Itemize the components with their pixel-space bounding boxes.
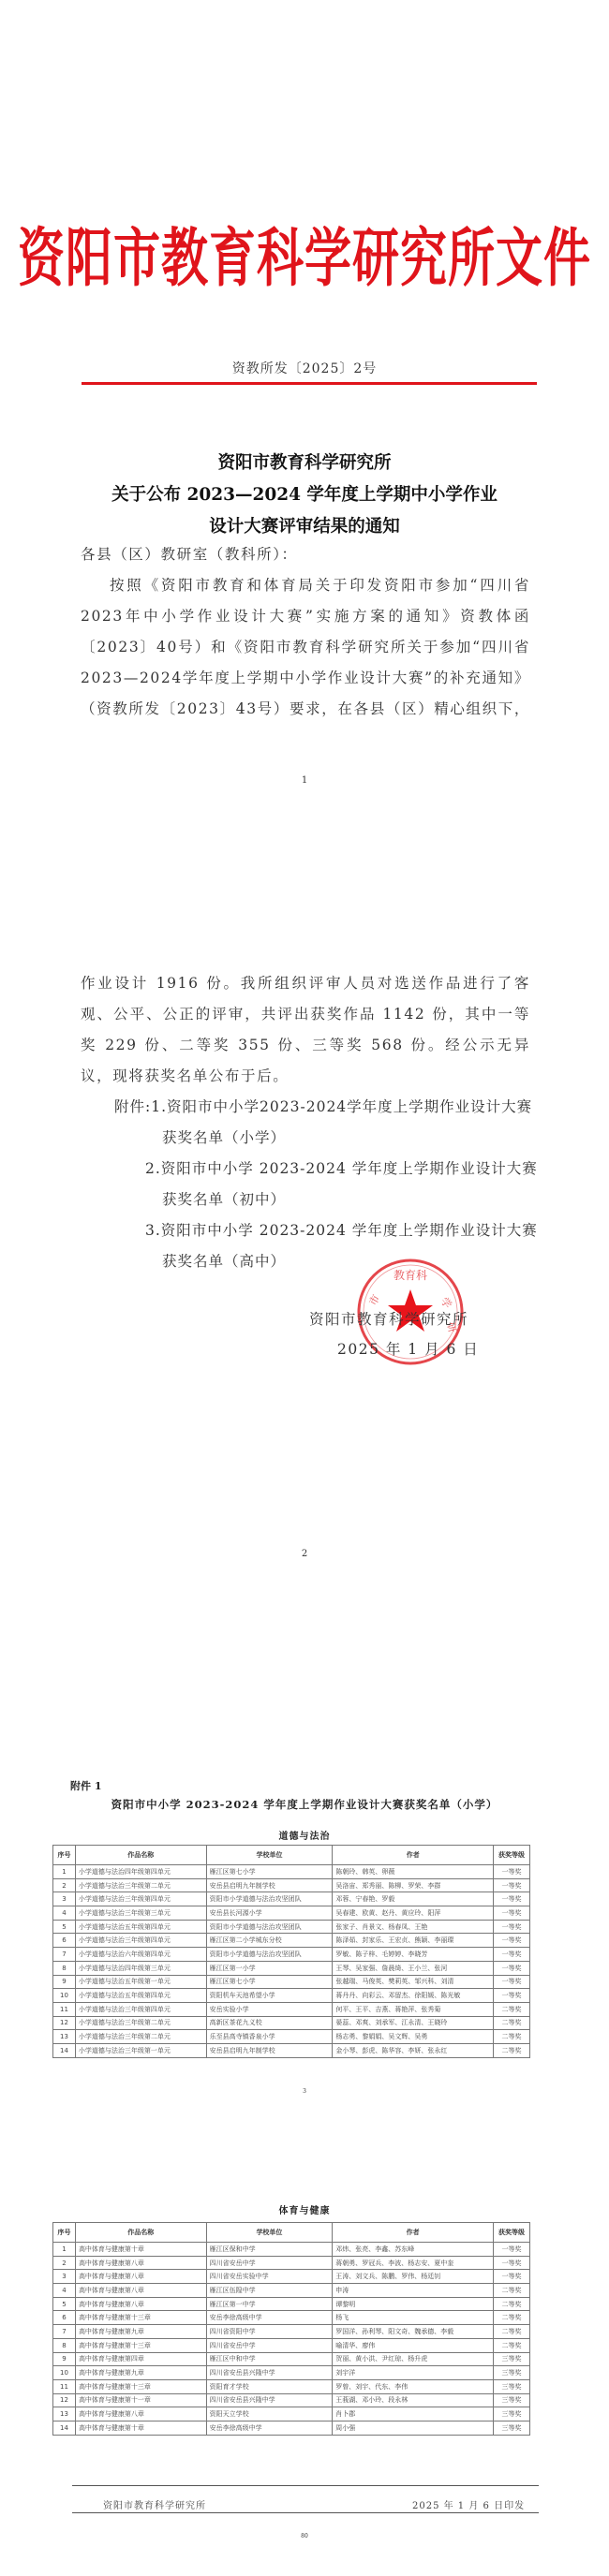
table-row: 8高中体育与健康第十三章四川省安岳中学喻清华、廖伟二等奖 (53, 2338, 530, 2352)
table-row: 7小学道德与法治六年级第四单元资阳市小学道德与法治攻坚团队罗敏、陈子梓、毛婷婷、… (53, 1948, 530, 1962)
cell-award-level: 一等奖 (494, 1934, 530, 1948)
attachment-3-number: 3. (145, 1222, 161, 1239)
cell-award-level: 一等奖 (494, 2256, 530, 2270)
cell-school: 四川省安岳中学 (206, 2338, 333, 2352)
cell-work-name: 高中体育与健康第八章 (75, 2256, 206, 2270)
cell-school: 四川省安岳实验中学 (206, 2270, 333, 2284)
table-row: 12小学道德与法治三年级第二单元高新区茶花九义校晏蕊、邓爽、刘承军、江永清、王晓… (53, 2016, 530, 2030)
cell-index: 1 (53, 1865, 76, 1879)
cell-index: 9 (53, 1975, 76, 1989)
cell-index: 4 (53, 1906, 76, 1921)
cell-authors: 杨志勇、黎娟娟、吴文辉、吴勇 (333, 2030, 494, 2044)
cell-work-name: 小学道德与法治三年级第二单元 (75, 2016, 206, 2030)
cell-index: 1 (53, 2243, 76, 2257)
cell-index: 12 (53, 2393, 76, 2407)
cell-award-level: 一等奖 (494, 1906, 530, 1921)
cell-work-name: 小学道德与法治三年级第一单元 (75, 2043, 206, 2057)
cell-school: 资阳育才学校 (206, 2379, 333, 2393)
table-row: 11小学道德与法治三年级第四单元安岳实验小学何平、王平、吉燕、蒋艳萍、张秀菊二等… (53, 2002, 530, 2016)
cell-authors: 王琴、吴家强、詹晨绮、王小兰、张河 (333, 1961, 494, 1975)
cell-work-name: 高中体育与健康第十三章 (75, 2338, 206, 2352)
svg-text:教育科: 教育科 (394, 1268, 427, 1282)
notice-title-line-2: 关于公布 2023—2024 学年度上学期中小学作业 (0, 479, 609, 511)
attachment-3-line-1: 3.资阳市中小学 2023-2024 学年度上学期作业设计大赛 (145, 1215, 538, 1246)
cell-authors: 王涛、刘文兵、陈鹏、罗伟、杨廷钊 (333, 2270, 494, 2284)
cell-award-level: 一等奖 (494, 1878, 530, 1892)
cell-award-level: 一等奖 (494, 1989, 530, 2003)
cell-work-name: 高中体育与健康第九章 (75, 2325, 206, 2339)
cell-authors: 肖卜郡 (333, 2407, 494, 2421)
attachment-1-title: 资阳市中小学2023-2024学年度上学期作业设计大赛 (167, 1098, 532, 1115)
cell-award-level: 三等奖 (494, 2352, 530, 2366)
cell-award-level: 一等奖 (494, 1865, 530, 1879)
column-header-award-level: 获奖等级 (494, 2223, 530, 2243)
table-row: 12高中体育与健康第十一章四川省安岳县兴隆中学王莪湖、邓小玲、段永林三等奖 (53, 2393, 530, 2407)
cell-school: 乐至县高寺镇香泉小学 (206, 2030, 333, 2044)
cell-award-level: 一等奖 (494, 2270, 530, 2284)
table-row: 14高中体育与健康第十章安岳李徐高级中学周小强三等奖 (53, 2421, 530, 2435)
cell-school: 四川省资阳中学 (206, 2325, 333, 2339)
cell-school: 雁江区第二小学城东分校 (206, 1934, 333, 1948)
column-header-authors: 作者 (333, 1846, 494, 1865)
cell-authors: 罗国洋、孙利琴、阳文奇、魏承德、李毅 (333, 2325, 494, 2339)
page-number-last: 80 (0, 2533, 609, 2539)
table-row: 4高中体育与健康第八章雁江区伍隍中学申涛二等奖 (53, 2284, 530, 2298)
table-row: 9小学道德与法治五年级第一单元雁江区第七小学张越瑞、马俊英、樊莉英、邹兴科、刘清… (53, 1975, 530, 1989)
signature-date: 2025 年 1 月 6 日 (337, 1338, 487, 1359)
cell-authors: 刘宇洋 (333, 2366, 494, 2380)
cell-school: 四川省安岳县兴隆中学 (206, 2393, 333, 2407)
cell-work-name: 小学道德与法治五年级第一单元 (75, 1975, 206, 1989)
cell-school: 高新区茶花九义校 (206, 2016, 333, 2030)
table-header-row: 序号 作品名称 学校单位 作者 获奖等级 (53, 2223, 530, 2243)
cell-award-level: 二等奖 (494, 2284, 530, 2298)
table-row: 6小学道德与法治三年级第四单元雁江区第二小学城东分校陈泽茹、封家乐、王宏贞、熊颖… (53, 1934, 530, 1948)
attachment-title: 资阳市中小学 2023-2024 学年度上学期作业设计大赛获奖名单（小学） (0, 1797, 609, 1812)
cell-school: 四川省安岳县兴隆中学 (206, 2366, 333, 2380)
signature-organization: 资阳市教育科学研究所 (309, 1308, 506, 1329)
cell-school: 雁江区第一中学 (206, 2297, 333, 2311)
cell-award-level: 二等奖 (494, 2043, 530, 2057)
cell-award-level: 一等奖 (494, 1948, 530, 1962)
cell-index: 10 (53, 2366, 76, 2380)
cell-school: 四川省安岳中学 (206, 2256, 333, 2270)
cell-index: 11 (53, 2379, 76, 2393)
cell-index: 9 (53, 2352, 76, 2366)
header-red-divider (82, 382, 537, 385)
table-row: 9高中体育与健康第四章雁江区中和中学贺丽、黄小洪、尹红琼、杨升虎三等奖 (53, 2352, 530, 2366)
cell-authors: 晏蕊、邓爽、刘承军、江永清、王晓玲 (333, 2016, 494, 2030)
attachments-label: 附件: (114, 1098, 151, 1115)
table-row: 2高中体育与健康第八章四川省安岳中学蒋朝勇、罗冠兵、李波、杨志安、夏中奎一等奖 (53, 2256, 530, 2270)
notice-paragraph-1-continued: 作业设计 1916 份。我所组织评审人员对选送作品进行了客观、公平、公正的评审，… (81, 968, 530, 1092)
cell-school: 安岳县启明九年制学校 (206, 2043, 333, 2057)
cell-award-level: 一等奖 (494, 1892, 530, 1906)
cell-authors: 陈泽茹、封家乐、王宏贞、熊颖、李丽璨 (333, 1934, 494, 1948)
cell-authors: 张家子、肖景文、杨春凤、王艳 (333, 1920, 494, 1934)
table-row: 3小学道德与法治三年级第四单元资阳市小学道德与法治攻坚团队邓蓉、宁春艳、罗毅一等… (53, 1892, 530, 1906)
cell-award-level: 三等奖 (494, 2366, 530, 2380)
footer-print-date: 2025 年 1 月 6 日印发 (412, 2497, 525, 2511)
cell-school: 雁江区保和中学 (206, 2243, 333, 2257)
cell-authors: 罗曾、刘宇、代东、李伟 (333, 2379, 494, 2393)
cell-authors: 喻清华、廖伟 (333, 2338, 494, 2352)
cell-authors: 金小琴、彭虎、陈华容、李妍、张永红 (333, 2043, 494, 2057)
cell-work-name: 小学道德与法治四年级第三单元 (75, 1961, 206, 1975)
cell-index: 4 (53, 2284, 76, 2298)
table-row: 1小学道德与法治四年级第四单元雁江区第七小学陈朝玲、韩英、卵薇一等奖 (53, 1865, 530, 1879)
attachment-1-line-2: 获奖名单（小学） (162, 1123, 286, 1154)
table-row: 4小学道德与法治三年级第三单元安岳县长河源小学吴春建、欧黄、赵丹、黄应玲、阳萍一… (53, 1906, 530, 1921)
column-header-school: 学校单位 (206, 1846, 333, 1865)
cell-work-name: 小学道德与法治三年级第二单元 (75, 1878, 206, 1892)
attachment-3-title: 资阳市中小学 2023-2024 学年度上学期作业设计大赛 (161, 1222, 538, 1239)
table-row: 5高中体育与健康第八章雁江区第一中学谭黎明二等奖 (53, 2297, 530, 2311)
table-row: 13高中体育与健康第八章资阳天立学校肖卜郡三等奖 (53, 2407, 530, 2421)
cell-award-level: 三等奖 (494, 2407, 530, 2421)
cell-school: 资阳天立学校 (206, 2407, 333, 2421)
footer-top-rule (72, 2485, 539, 2486)
cell-school: 资阳市小学道德与法治攻坚团队 (206, 1948, 333, 1962)
cell-authors: 张越瑞、马俊英、樊莉英、邹兴科、刘清 (333, 1975, 494, 1989)
award-table-moral-law: 序号 作品名称 学校单位 作者 获奖等级 1小学道德与法治四年级第四单元雁江区第… (52, 1845, 530, 2058)
attachment-2-line-1: 2.资阳市中小学 2023-2024 学年度上学期作业设计大赛 (145, 1154, 538, 1185)
table-row: 10小学道德与法治五年级第四单元资阳机车天池希望小学蒋丹丹、向彩云、邓留杰、徐阳… (53, 1989, 530, 2003)
cell-work-name: 小学道德与法治三年级第四单元 (75, 1892, 206, 1906)
cell-award-level: 二等奖 (494, 2030, 530, 2044)
cell-index: 2 (53, 2256, 76, 2270)
cell-work-name: 小学道德与法治三年级第二单元 (75, 2030, 206, 2044)
cell-award-level: 一等奖 (494, 2243, 530, 2257)
table-row: 1高中体育与健康第十章雁江区保和中学邓炜、张亮、李鑫、苏东峰一等奖 (53, 2243, 530, 2257)
cell-index: 6 (53, 2311, 76, 2325)
cell-work-name: 高中体育与健康第十三章 (75, 2379, 206, 2393)
footer-bottom-rule (72, 2512, 539, 2513)
cell-school: 雁江区中和中学 (206, 2352, 333, 2366)
cell-authors: 蒋丹丹、向彩云、邓留杰、徐阳媛、陈光敏 (333, 1989, 494, 2003)
table-row: 13小学道德与法治三年级第二单元乐至县高寺镇香泉小学杨志勇、黎娟娟、吴文辉、吴勇… (53, 2030, 530, 2044)
table-header-row: 序号 作品名称 学校单位 作者 获奖等级 (53, 1846, 530, 1865)
attachment-label: 附件 1 (70, 1778, 101, 1793)
cell-award-level: 二等奖 (494, 2325, 530, 2339)
cell-index: 7 (53, 1948, 76, 1962)
cell-authors: 贺丽、黄小洪、尹红琼、杨升虎 (333, 2352, 494, 2366)
cell-index: 5 (53, 2297, 76, 2311)
cell-school: 安岳李徐高级中学 (206, 2311, 333, 2325)
column-header-work-name: 作品名称 (75, 2223, 206, 2243)
cell-authors: 吴洛宙、郑秀丽、陈柳、罗荣、李群 (333, 1878, 494, 1892)
notice-title-line-3: 设计大赛评审结果的通知 (0, 511, 609, 543)
column-header-authors: 作者 (333, 2223, 494, 2243)
cell-work-name: 小学道德与法治四年级第四单元 (75, 1865, 206, 1879)
cell-index: 6 (53, 1934, 76, 1948)
cell-award-level: 二等奖 (494, 2002, 530, 2016)
cell-index: 8 (53, 1961, 76, 1975)
cell-work-name: 高中体育与健康第九章 (75, 2366, 206, 2380)
table-row: 2小学道德与法治三年级第二单元安岳县启明九年制学校吴洛宙、郑秀丽、陈柳、罗荣、李… (53, 1878, 530, 1892)
cell-authors: 陈朝玲、韩英、卵薇 (333, 1865, 494, 1879)
cell-authors: 罗敏、陈子梓、毛婷婷、李晓芳 (333, 1948, 494, 1962)
svg-text:市: 市 (366, 1292, 382, 1307)
cell-authors: 邓蓉、宁春艳、罗毅 (333, 1892, 494, 1906)
attachment-1-line-1: 附件:1.资阳市中小学2023-2024学年度上学期作业设计大赛 (114, 1092, 532, 1123)
document-header-title: 资阳市教育科学研究所文件 (0, 208, 609, 299)
page-number-1: 1 (0, 775, 609, 786)
table-row: 5小学道德与法治五年级第四单元资阳市小学道德与法治攻坚团队张家子、肖景文、杨春凤… (53, 1920, 530, 1934)
page-number-2: 2 (0, 1549, 609, 1559)
cell-authors: 吴春建、欧黄、赵丹、黄应玲、阳萍 (333, 1906, 494, 1921)
cell-school: 雁江区第一小学 (206, 1961, 333, 1975)
cell-authors: 何平、王平、吉燕、蒋艳萍、张秀菊 (333, 2002, 494, 2016)
table-row: 3高中体育与健康第八章四川省安岳实验中学王涛、刘文兵、陈鹏、罗伟、杨廷钊一等奖 (53, 2270, 530, 2284)
cell-award-level: 一等奖 (494, 1920, 530, 1934)
cell-authors: 申涛 (333, 2284, 494, 2298)
cell-award-level: 一等奖 (494, 1975, 530, 1989)
cell-school: 安岳县启明九年制学校 (206, 1878, 333, 1892)
attachment-2-line-2: 获奖名单（初中） (162, 1185, 286, 1215)
cell-authors: 杨飞 (333, 2311, 494, 2325)
column-header-index: 序号 (53, 2223, 76, 2243)
cell-award-level: 三等奖 (494, 2379, 530, 2393)
cell-work-name: 小学道德与法治五年级第四单元 (75, 1989, 206, 2003)
cell-school: 雁江区伍隍中学 (206, 2284, 333, 2298)
salutation: 各县（区）教研室（教科所）： (81, 539, 530, 570)
table-row: 14小学道德与法治三年级第一单元安岳县启明九年制学校金小琴、彭虎、陈华容、李妍、… (53, 2043, 530, 2057)
page-number-3: 3 (0, 2088, 609, 2095)
cell-award-level: 二等奖 (494, 2338, 530, 2352)
notice-title-line-1: 资阳市教育科学研究所 (0, 448, 609, 479)
table-row: 10高中体育与健康第九章四川省安岳县兴隆中学刘宇洋三等奖 (53, 2366, 530, 2380)
cell-school: 安岳实验小学 (206, 2002, 333, 2016)
notice-title: 资阳市教育科学研究所 关于公布 2023—2024 学年度上学期中小学作业 设计… (0, 448, 609, 543)
cell-authors: 邓炜、张亮、李鑫、苏东峰 (333, 2243, 494, 2257)
cell-work-name: 小学道德与法治六年级第四单元 (75, 1948, 206, 1962)
award-table-pe-health: 序号 作品名称 学校单位 作者 获奖等级 1高中体育与健康第十章雁江区保和中学邓… (52, 2222, 530, 2436)
column-header-index: 序号 (53, 1846, 76, 1865)
cell-authors: 周小强 (333, 2421, 494, 2435)
cell-authors: 蒋朝勇、罗冠兵、李波、杨志安、夏中奎 (333, 2256, 494, 2270)
cell-index: 3 (53, 2270, 76, 2284)
cell-index: 5 (53, 1920, 76, 1934)
cell-school: 雁江区第七小学 (206, 1975, 333, 1989)
attachment-1-number: 1. (151, 1098, 167, 1115)
cell-award-level: 三等奖 (494, 2421, 530, 2435)
cell-work-name: 高中体育与健康第八章 (75, 2284, 206, 2298)
cell-authors: 王莪湖、邓小玲、段永林 (333, 2393, 494, 2407)
cell-authors: 谭黎明 (333, 2297, 494, 2311)
attachment-3-line-2: 获奖名单（高中） (162, 1246, 286, 1277)
cell-index: 2 (53, 1878, 76, 1892)
cell-award-level: 二等奖 (494, 2297, 530, 2311)
footer-organization: 资阳市教育科学研究所 (103, 2497, 206, 2511)
cell-work-name: 高中体育与健康第十章 (75, 2243, 206, 2257)
cell-work-name: 小学道德与法治五年级第四单元 (75, 1920, 206, 1934)
cell-school: 资阳市小学道德与法治攻坚团队 (206, 1920, 333, 1934)
document-number: 资教所发〔2025〕2号 (0, 359, 609, 377)
cell-school: 雁江区第七小学 (206, 1865, 333, 1879)
column-header-school: 学校单位 (206, 2223, 333, 2243)
cell-award-level: 二等奖 (494, 2016, 530, 2030)
cell-index: 11 (53, 2002, 76, 2016)
cell-work-name: 高中体育与健康第十章 (75, 2421, 206, 2435)
cell-index: 3 (53, 1892, 76, 1906)
cell-index: 13 (53, 2030, 76, 2044)
table-row: 8小学道德与法治四年级第三单元雁江区第一小学王琴、吴家强、詹晨绮、王小兰、张河一… (53, 1961, 530, 1975)
cell-school: 安岳李徐高级中学 (206, 2421, 333, 2435)
cell-index: 8 (53, 2338, 76, 2352)
column-header-award-level: 获奖等级 (494, 1846, 530, 1865)
cell-index: 7 (53, 2325, 76, 2339)
cell-work-name: 小学道德与法治三年级第四单元 (75, 2002, 206, 2016)
cell-school: 安岳县长河源小学 (206, 1906, 333, 1921)
table-row: 7高中体育与健康第九章四川省资阳中学罗国洋、孙利琴、阳文奇、魏承德、李毅二等奖 (53, 2325, 530, 2339)
cell-index: 14 (53, 2043, 76, 2057)
notice-paragraph-1: 按照《资阳市教育和体育局关于印发资阳市参加“四川省2023年中小学作业设计大赛”… (81, 570, 530, 725)
table-row: 11高中体育与健康第十三章资阳育才学校罗曾、刘宇、代东、李伟三等奖 (53, 2379, 530, 2393)
cell-school: 资阳市小学道德与法治攻坚团队 (206, 1892, 333, 1906)
cell-index: 13 (53, 2407, 76, 2421)
cell-work-name: 高中体育与健康第十一章 (75, 2393, 206, 2407)
cell-work-name: 高中体育与健康第八章 (75, 2297, 206, 2311)
cell-index: 12 (53, 2016, 76, 2030)
attachment-2-number: 2. (145, 1160, 161, 1177)
section-title-moral-law: 道德与法治 (0, 1828, 609, 1842)
table-row: 6高中体育与健康第十三章安岳李徐高级中学杨飞二等奖 (53, 2311, 530, 2325)
cell-work-name: 高中体育与健康第八章 (75, 2407, 206, 2421)
cell-work-name: 高中体育与健康第十三章 (75, 2311, 206, 2325)
cell-work-name: 高中体育与健康第八章 (75, 2270, 206, 2284)
section-title-pe-health: 体育与健康 (0, 2202, 609, 2216)
cell-award-level: 三等奖 (494, 2393, 530, 2407)
column-header-work-name: 作品名称 (75, 1846, 206, 1865)
cell-index: 14 (53, 2421, 76, 2435)
cell-work-name: 小学道德与法治三年级第四单元 (75, 1934, 206, 1948)
cell-school: 资阳机车天池希望小学 (206, 1989, 333, 2003)
cell-work-name: 高中体育与健康第四章 (75, 2352, 206, 2366)
cell-index: 10 (53, 1989, 76, 2003)
cell-work-name: 小学道德与法治三年级第三单元 (75, 1906, 206, 1921)
attachment-2-title: 资阳市中小学 2023-2024 学年度上学期作业设计大赛 (161, 1160, 538, 1177)
cell-award-level: 二等奖 (494, 2311, 530, 2325)
cell-award-level: 一等奖 (494, 1961, 530, 1975)
